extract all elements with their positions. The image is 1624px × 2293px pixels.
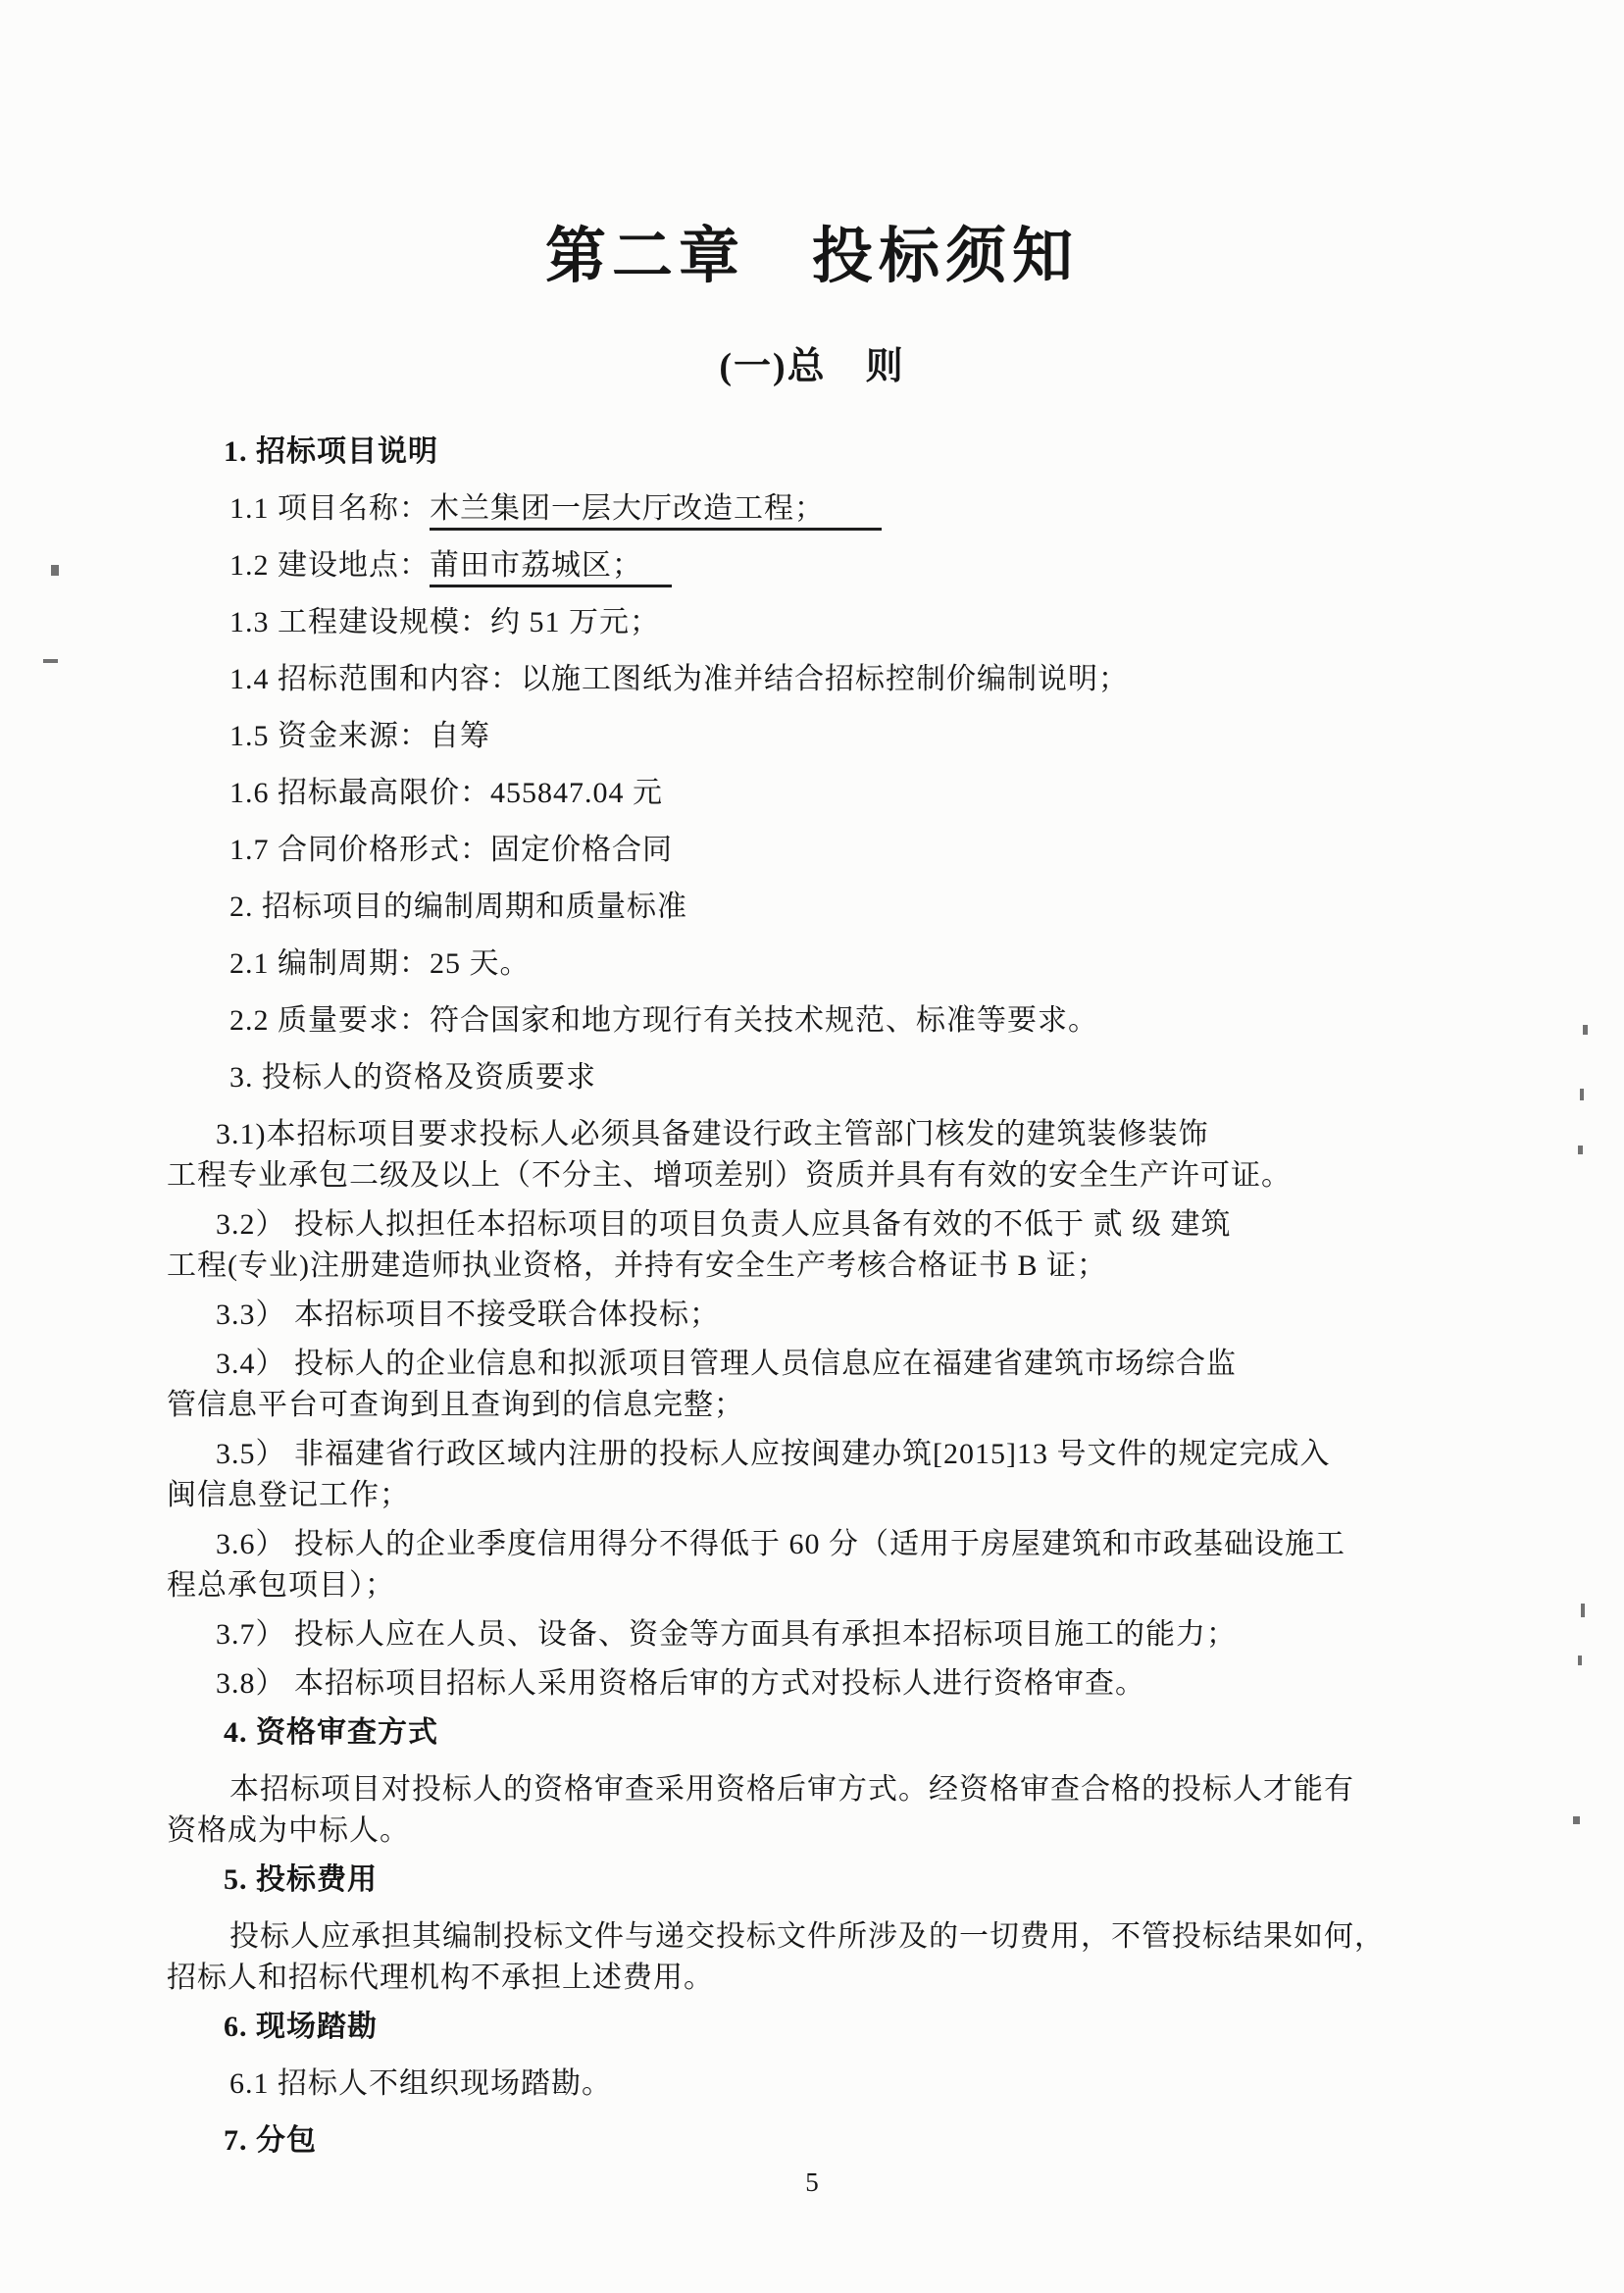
document-page: 第二章 投标须知 (一)总 则 1. 招标项目说明 1.1 项目名称：木兰集团一…: [0, 0, 1624, 2293]
item-3-2-line-1: 3.2） 投标人拟担任本招标项目的项目负责人应具备有效的不低于 贰 级 建筑: [167, 1204, 1487, 1246]
item-3-8: 3.8） 本招标项目招标人采用资格后审的方式对投标人进行资格审查。: [167, 1663, 1487, 1705]
item-construction-location-value: 莆田市荔城区；: [430, 549, 672, 587]
heading-bidder-qualification: 3. 投标人的资格及资质要求: [167, 1057, 1487, 1098]
heading-bid-cost: 5. 投标费用: [167, 1860, 1487, 1901]
item-construction-location-label: 1.2 建设地点：: [229, 549, 430, 582]
item-3-4-line-2: 管信息平台可查询到且查询到的信息完整；: [167, 1385, 1487, 1426]
heading-site-survey: 6. 现场踏勘: [167, 2007, 1487, 2048]
item-3-4-line-1: 3.4） 投标人的企业信息和拟派项目管理人员信息应在福建省建筑市场综合监: [167, 1344, 1487, 1385]
item-project-scale: 1.3 工程建设规模：约 51 万元；: [167, 602, 1487, 643]
item-quality-requirement: 2.2 质量要求：符合国家和地方现行有关技术规范、标准等要求。: [167, 1000, 1487, 1042]
item-3-5-line-1: 3.5） 非福建省行政区域内注册的投标人应按闽建办筑[2015]13 号文件的规…: [167, 1434, 1487, 1475]
item-bid-scope: 1.4 招标范围和内容：以施工图纸为准并结合招标控制价编制说明；: [167, 659, 1487, 700]
page-number: 5: [0, 2167, 1624, 2198]
item-max-price-limit: 1.6 招标最高限价：455847.04 元: [167, 773, 1487, 814]
item-3-5-line-2: 闽信息登记工作；: [167, 1475, 1487, 1516]
item-3-6-line-2: 程总承包项目）；: [167, 1565, 1487, 1606]
para-qualification-review-line-1: 本招标项目对投标人的资格审查采用资格后审方式。经资格审查合格的投标人才能有: [167, 1769, 1487, 1810]
item-3-1-line-2: 工程专业承包二级及以上（不分主、增项差别）资质并具有有效的安全生产许可证。: [167, 1155, 1487, 1197]
section-subtitle: (一)总 则: [0, 347, 1624, 388]
chapter-title: 第二章 投标须知: [0, 0, 1624, 290]
scan-artifact: [1581, 1604, 1585, 1617]
scan-artifact: [1573, 1816, 1580, 1824]
heading-qualification-review: 4. 资格审查方式: [167, 1712, 1487, 1754]
item-construction-location: 1.2 建设地点：莆田市荔城区；: [167, 545, 1487, 586]
item-fund-source: 1.5 资金来源：自筹: [167, 716, 1487, 757]
para-bid-cost-line-2: 招标人和招标代理机构不承担上述费用。: [167, 1958, 1487, 1999]
scan-artifact: [1583, 1025, 1588, 1035]
item-3-3: 3.3） 本招标项目不接受联合体投标；: [167, 1295, 1487, 1336]
item-3-7: 3.7） 投标人应在人员、设备、资金等方面具有承担本招标项目施工的能力；: [167, 1614, 1487, 1656]
scan-artifact: [51, 565, 59, 576]
document-body: 1. 招标项目说明 1.1 项目名称：木兰集团一层大厅改造工程； 1.2 建设地…: [167, 432, 1487, 2162]
item-project-name-label: 1.1 项目名称：: [229, 492, 430, 525]
heading-subcontract: 7. 分包: [167, 2120, 1487, 2162]
item-site-survey: 6.1 招标人不组织现场踏勘。: [167, 2064, 1487, 2105]
para-bid-cost-line-1: 投标人应承担其编制投标文件与递交投标文件所涉及的一切费用，不管投标结果如何，: [167, 1916, 1487, 1958]
item-contract-price-form: 1.7 合同价格形式：固定价格合同: [167, 830, 1487, 871]
scan-artifact: [1578, 1146, 1583, 1154]
heading-period-and-quality: 2. 招标项目的编制周期和质量标准: [167, 887, 1487, 928]
item-3-2-line-2: 工程(专业)注册建造师执业资格，并持有安全生产考核合格证书 B 证；: [167, 1246, 1487, 1287]
item-project-name-value: 木兰集团一层大厅改造工程；: [430, 492, 882, 531]
item-3-1-line-1: 3.1)本招标项目要求投标人必须具备建设行政主管部门核发的建筑装修装饰: [167, 1114, 1487, 1155]
heading-bid-project-description: 1. 招标项目说明: [167, 432, 1487, 473]
scan-artifact: [43, 659, 58, 663]
scan-artifact: [1580, 1089, 1584, 1100]
item-project-name: 1.1 项目名称：木兰集团一层大厅改造工程；: [167, 488, 1487, 530]
item-3-6-line-1: 3.6） 投标人的企业季度信用得分不得低于 60 分（适用于房屋建筑和市政基础设…: [167, 1524, 1487, 1565]
scan-artifact: [1578, 1656, 1582, 1665]
item-compilation-period: 2.1 编制周期：25 天。: [167, 943, 1487, 985]
para-qualification-review-line-2: 资格成为中标人。: [167, 1810, 1487, 1852]
